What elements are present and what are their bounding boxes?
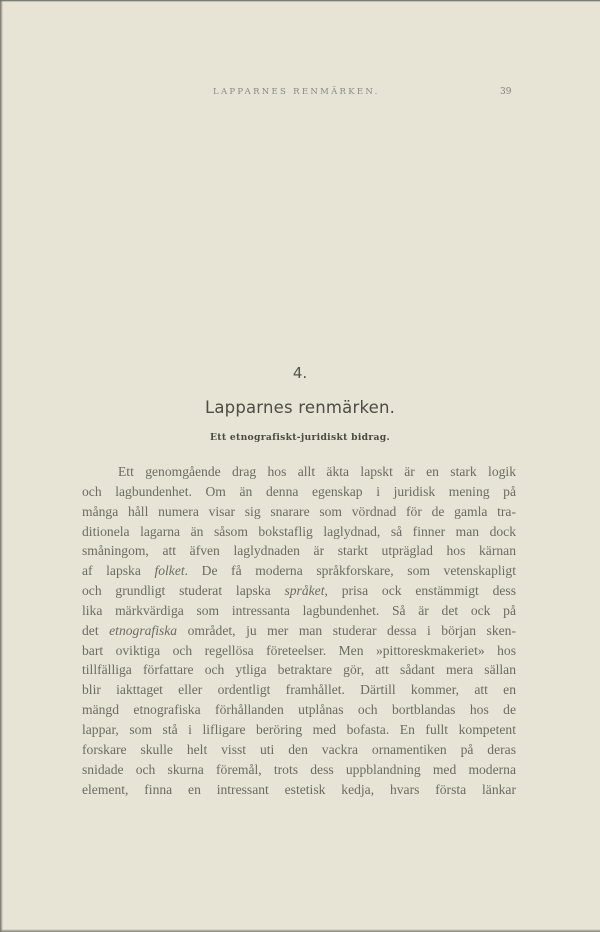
text-line: element, finna en intressant estetisk ke… [82, 780, 516, 800]
text-line: och lagbundenhet. Om än denna egenskap i… [82, 482, 516, 502]
chapter-subtitle: Ett etnografiskt-juridiskt bidrag. [0, 432, 600, 443]
text-line: Ett genomgående drag hos allt äkta lapsk… [82, 462, 516, 482]
scan-edge-left [0, 0, 3, 932]
text-run: blir iakttaget eller ordentligt framhåll… [82, 682, 516, 697]
text-line: det etnografiska området, ju mer man stu… [82, 621, 516, 641]
chapter-number: 4. [0, 364, 600, 382]
text-run: området, ju mer man studerar dessa i bör… [177, 623, 516, 638]
running-head: LAPPARNES RENMÄRKEN. 39 [0, 87, 600, 101]
text-run: Ett genomgående drag hos allt äkta lapsk… [118, 464, 516, 479]
text-run: , prisa ock enstämmigt dess [324, 583, 516, 598]
text-line: och grundligt studerat lapska språket, p… [82, 581, 516, 601]
text-run: . De få moderna språkforskare, som veten… [185, 563, 516, 578]
book-page: LAPPARNES RENMÄRKEN. 39 4. Lapparnes ren… [0, 0, 600, 932]
text-line: af lapska folket. De få moderna språkfor… [82, 561, 516, 581]
text-run: lika märkvärdiga som intressanta lagbund… [82, 603, 516, 618]
text-run: mängd etnografiska förhållanden utplånas… [82, 702, 516, 717]
scan-edge-top [0, 0, 600, 2]
text-run: många håll numera visar sig snarare som … [82, 504, 516, 519]
text-run: tillfälliga författare och ytliga betrak… [82, 662, 516, 677]
text-line: tillfälliga författare och ytliga betrak… [82, 660, 516, 680]
chapter-title: Lapparnes renmärken. [0, 398, 600, 417]
text-line: forskare skulle helt visst uti den vackr… [82, 740, 516, 760]
text-run: element, finna en intressant estetisk ke… [82, 782, 516, 797]
text-run: det [82, 623, 109, 638]
text-line: lika märkvärdiga som intressanta lagbund… [82, 601, 516, 621]
italic-emphasis: språket [284, 583, 324, 598]
text-line: ditionela lagarna än såsom bokstaflig la… [82, 522, 516, 542]
text-line: många håll numera visar sig snarare som … [82, 502, 516, 522]
text-line: blir iakttaget eller ordentligt framhåll… [82, 680, 516, 700]
running-head-title: LAPPARNES RENMÄRKEN. [213, 87, 380, 97]
text-line: snidade och skurna föremål, trots dess u… [82, 760, 516, 780]
italic-emphasis: etnografiska [109, 623, 177, 638]
text-run: småningom, att äfven laglydnaden är star… [82, 543, 516, 558]
text-run: lappar, som stå i lifligare beröring med… [82, 722, 516, 737]
text-run: bart oviktiga och regellösa företeelser.… [82, 643, 516, 658]
text-run: snidade och skurna föremål, trots dess u… [82, 762, 516, 777]
text-run: och lagbundenhet. Om än denna egenskap i… [82, 484, 516, 499]
text-line: mängd etnografiska förhållanden utplånas… [82, 700, 516, 720]
text-line: lappar, som stå i lifligare beröring med… [82, 720, 516, 740]
text-line: bart oviktiga och regellösa företeelser.… [82, 641, 516, 661]
text-run: af lapska [82, 563, 154, 578]
italic-emphasis: folket [154, 563, 184, 578]
body-paragraph: Ett genomgående drag hos allt äkta lapsk… [82, 462, 516, 799]
text-run: och grundligt studerat lapska [82, 583, 284, 598]
text-run: ditionela lagarna än såsom bokstaflig la… [82, 524, 516, 539]
text-run: forskare skulle helt visst uti den vackr… [82, 742, 516, 757]
page-number: 39 [500, 87, 511, 97]
text-line: småningom, att äfven laglydnaden är star… [82, 541, 516, 561]
